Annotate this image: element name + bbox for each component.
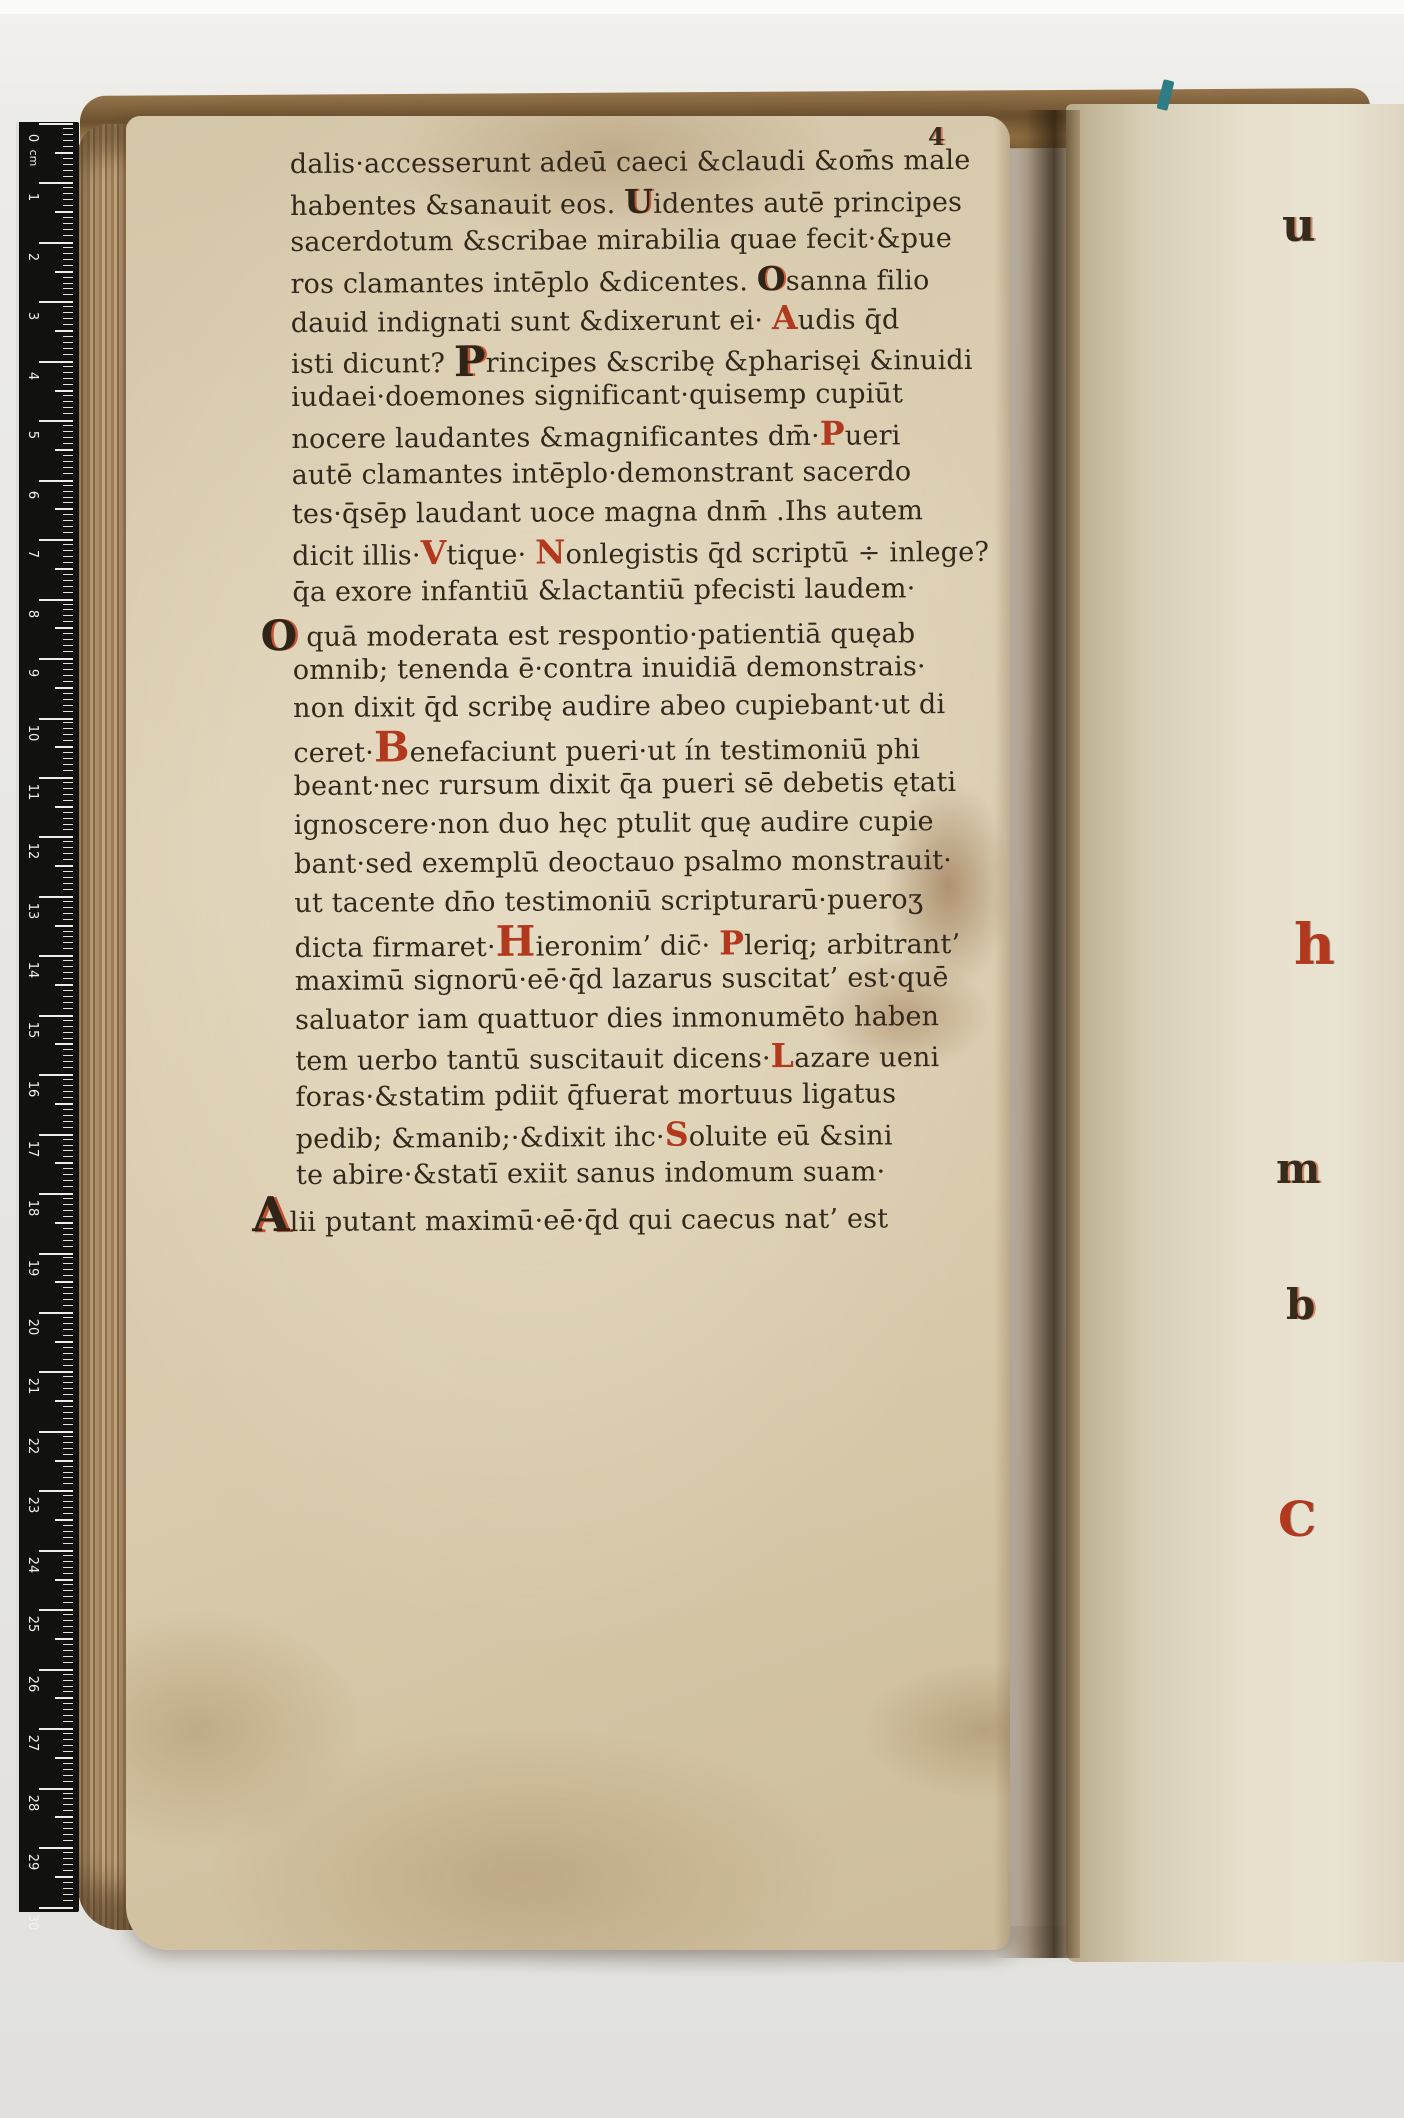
manuscript-line: nocere laudantes &magnificantes dm̄·Puer… <box>291 414 963 457</box>
ruler-tick-half-cm <box>55 627 73 629</box>
ruler-tick-cm <box>39 1312 73 1314</box>
ruler-tick-mm <box>63 1008 73 1009</box>
ruler-tick-mm <box>63 1406 73 1407</box>
ruler-tick-cm <box>39 896 73 898</box>
manuscript-line: autē clamantes intēplo·demonstrant sacer… <box>292 453 964 496</box>
text-segment: leriq; arbitrant’ <box>744 929 960 961</box>
ruler-tick-cm <box>39 480 73 482</box>
ruler-tick-mm <box>63 1894 73 1895</box>
ruler-tick-mm <box>63 491 73 492</box>
ruler-tick-half-cm <box>55 1638 73 1640</box>
facing-page-letter: b <box>1286 1280 1315 1329</box>
ruler-tick-mm <box>63 1448 73 1449</box>
manuscript-line: foras·&statim pdiit q̄fuerat mortuus lig… <box>295 1075 967 1118</box>
ruler-tick-half-cm <box>55 211 73 213</box>
ruler-tick-mm <box>63 913 73 914</box>
ruler-tick-mm <box>63 1424 73 1425</box>
ruler-tick-mm <box>63 1156 73 1157</box>
ruler-tick-mm <box>63 1412 73 1413</box>
ruler-tick-mm <box>63 176 73 177</box>
ruler-tick-mm <box>63 473 73 474</box>
ruler-tick-mm <box>63 663 73 664</box>
ruler-tick-mm <box>63 217 73 218</box>
ruler-tick-mm <box>63 936 73 937</box>
ruler-tick-mm <box>63 758 73 759</box>
ruler-tick-cm <box>39 599 73 601</box>
ruler-tick-cm <box>39 301 73 303</box>
ruler-tick-mm <box>63 1127 73 1128</box>
ruler-tick-mm <box>63 193 73 194</box>
text-segment: tique· <box>446 539 535 571</box>
ruler-tick-cm <box>39 658 73 660</box>
text-segment: sanna filio <box>786 265 930 297</box>
ruler-tick-mm <box>63 514 73 515</box>
ruler-number: 25 <box>24 1615 40 1633</box>
ruler-tick-mm <box>63 170 73 171</box>
ruler-tick-mm <box>63 1216 73 1217</box>
ruler-tick-mm <box>63 800 73 801</box>
ruler-tick-mm <box>63 288 73 289</box>
ruler-tick-mm <box>63 1293 73 1294</box>
ruler-tick-cm <box>39 361 73 363</box>
ruler-tick-mm <box>63 395 73 396</box>
ruler-tick-mm <box>63 1864 73 1865</box>
ruler-tick-mm <box>63 1359 73 1360</box>
ruler-tick-half-cm <box>55 984 73 986</box>
ruler-tick-half-cm <box>55 925 73 927</box>
ruler-tick-mm <box>63 1834 73 1835</box>
ruler-tick-mm <box>63 467 73 468</box>
text-segment: rincipes &scribę &pharisęi &inuidi <box>486 345 973 379</box>
ruler-number: 3 <box>24 307 40 325</box>
ruler-number: 8 <box>24 605 40 623</box>
ruler-tick-mm <box>63 1626 73 1627</box>
ruler-tick-mm <box>63 1335 73 1336</box>
ruler-tick-mm <box>63 1454 73 1455</box>
rubric-initial: H <box>496 916 536 965</box>
ruler-tick-mm <box>63 883 73 884</box>
ruler-number: 29 <box>24 1853 40 1871</box>
manuscript-line: tes·q̄sēp laudant uoce magna dnm̄ .Ihs a… <box>292 492 964 535</box>
ruler-tick-half-cm <box>55 449 73 451</box>
text-segment: tem uerbo tantū suscitauit dicens· <box>295 1044 771 1078</box>
ruler-tick-mm <box>63 829 73 830</box>
ruler-tick-cm <box>39 1193 73 1195</box>
manuscript-line: dalis·accesserunt adeū caeci &claudi &om… <box>290 142 962 185</box>
rubric-initial: V <box>421 533 447 572</box>
ruler-tick-cm <box>39 182 73 184</box>
ruler-tick-mm <box>63 919 73 920</box>
ruler-tick-mm <box>63 1020 73 1021</box>
ruler-tick-half-cm <box>55 1162 73 1164</box>
facing-page-sliver <box>1066 104 1404 1962</box>
ruler-tick-cm <box>39 1371 73 1373</box>
ruler-tick-mm <box>63 431 73 432</box>
ruler-number: 6 <box>24 486 40 504</box>
ruler-tick-mm <box>63 146 73 147</box>
ruler-tick-mm <box>63 1198 73 1199</box>
ruler-tick-mm <box>63 645 73 646</box>
ruler-tick-mm <box>63 609 73 610</box>
ruler-tick-mm <box>63 1650 73 1651</box>
ruler-tick-mm <box>63 265 73 266</box>
photo-background-top <box>0 0 1404 14</box>
ruler-tick-mm <box>63 1804 73 1805</box>
rubric-initial: A <box>772 298 798 337</box>
ruler-tick-mm <box>63 972 73 973</box>
ruler-tick-mm <box>63 847 73 848</box>
ruler-tick-mm <box>63 722 73 723</box>
ruler-tick-mm <box>63 853 73 854</box>
ruler-tick-mm <box>63 401 73 402</box>
ruler-tick-mm <box>63 1590 73 1591</box>
ruler-tick-mm <box>63 931 73 932</box>
ruler-tick-mm <box>63 526 73 527</box>
ruler-tick-mm <box>63 128 73 129</box>
rubric-initial: N <box>535 532 566 571</box>
text-segment: sacerdotum &scribae mirabilia quae fecit… <box>290 223 952 258</box>
ruler-tick-mm <box>63 1567 73 1568</box>
ruler-tick-mm <box>63 1751 73 1752</box>
ruler-tick-mm <box>63 770 73 771</box>
rubric-initial: P <box>719 923 744 962</box>
rubric-initial: B <box>374 723 410 772</box>
ruler-tick-mm <box>63 824 73 825</box>
facing-page-letter: h <box>1294 912 1335 978</box>
rubric-initial: P <box>454 337 486 386</box>
rubric-initial: U <box>624 182 653 221</box>
ruler-tick-mm <box>63 711 73 712</box>
ruler-tick-mm <box>63 1121 73 1122</box>
rubric-initial: O <box>261 611 298 660</box>
ruler-tick-mm <box>63 425 73 426</box>
ruler-number: 28 <box>24 1794 40 1812</box>
ruler-number: 26 <box>24 1675 40 1693</box>
manuscript-line: omnib; tenenda ē·contra inuidiā demonstr… <box>293 648 965 691</box>
manuscript-line: q̄a exore infantiū &lactantiū pfecisti l… <box>292 570 964 613</box>
ruler-number: 14 <box>24 961 40 979</box>
ruler-tick-mm <box>63 1032 73 1033</box>
text-segment: te abire·&statī exiit sanus indomum suam… <box>296 1157 886 1192</box>
ruler-tick-mm <box>63 621 73 622</box>
ruler-number: 2 <box>24 248 40 266</box>
ruler-tick-mm <box>63 1299 73 1300</box>
text-segment: omnib; tenenda ē·contra inuidiā demonstr… <box>293 651 926 686</box>
ruler-number: 18 <box>24 1199 40 1217</box>
ruler-tick-cm <box>39 1788 73 1790</box>
ruler-tick-half-cm <box>55 330 73 332</box>
ruler-tick-mm <box>63 1002 73 1003</box>
rubric-initial: L <box>771 1036 795 1075</box>
ruler-number: 24 <box>24 1556 40 1574</box>
ruler-tick-cm <box>39 1015 73 1017</box>
ruler-tick-mm <box>63 1513 73 1514</box>
ruler-tick-half-cm <box>55 390 73 392</box>
ruler-tick-mm <box>63 1382 73 1383</box>
ruler-tick-half-cm <box>55 1222 73 1224</box>
ruler-tick-mm <box>63 1394 73 1395</box>
ruler-tick-mm <box>63 764 73 765</box>
ruler-tick-mm <box>63 223 73 224</box>
ruler-tick-mm <box>63 841 73 842</box>
ruler-tick-mm <box>63 1079 73 1080</box>
manuscript-line: pedib; &manib;·&dixit ihc·Soluite eū &si… <box>296 1114 968 1157</box>
ruler-tick-mm <box>63 1323 73 1324</box>
ruler-tick-mm <box>63 497 73 498</box>
ruler-tick-mm <box>63 1573 73 1574</box>
ruler-tick-mm <box>63 1781 73 1782</box>
ruler-number: 1 <box>24 188 40 206</box>
ruler-tick-mm <box>63 1472 73 1473</box>
ruler-tick-mm <box>63 1709 73 1710</box>
ruler-tick-cm <box>39 1253 73 1255</box>
manuscript-line: O quā moderata est respontio·patientiā q… <box>261 609 965 652</box>
ruler-tick-mm <box>63 1061 73 1062</box>
pen-mark: 4 <box>928 122 945 151</box>
ruler-tick-mm <box>63 1739 73 1740</box>
text-block: dalis·accesserunt adeū caeci &claudi &om… <box>290 142 969 1235</box>
ruler-tick-half-cm <box>55 508 73 510</box>
ruler-tick-cm <box>39 1431 73 1433</box>
ruler-tick-mm <box>63 675 73 676</box>
ruler-tick-cm <box>39 1847 73 1849</box>
ruler-tick-mm <box>63 1180 73 1181</box>
ruler-tick-mm <box>63 384 73 385</box>
ruler-tick-mm <box>63 651 73 652</box>
ruler-tick-mm <box>63 580 73 581</box>
manuscript-line: habentes &sanauit eos. Uidentes autē pri… <box>290 181 962 224</box>
ruler-tick-mm <box>63 734 73 735</box>
rubric-initial: O <box>757 259 786 298</box>
text-segment: identes autē principes <box>653 187 962 220</box>
ruler-number: 22 <box>24 1437 40 1455</box>
manuscript-line: ignoscere·non duo hęc ptulit quę audire … <box>294 803 966 846</box>
ruler-tick-mm <box>63 164 73 165</box>
ruler-tick-half-cm <box>55 1519 73 1521</box>
ruler-tick-cm <box>39 1490 73 1492</box>
manuscript-line: saluator iam quattuor dies inmonumēto ha… <box>295 998 967 1041</box>
ruler-tick-mm <box>63 1049 73 1050</box>
ruler-tick-mm <box>63 1091 73 1092</box>
ruler-number: 16 <box>24 1080 40 1098</box>
ruler-tick-mm <box>63 1745 73 1746</box>
text-segment: dicit illis· <box>292 540 421 572</box>
text-segment: saluator iam quattuor dies inmonumēto ha… <box>295 1001 939 1036</box>
ruler-tick-mm <box>63 1353 73 1354</box>
ruler-tick-mm <box>63 681 73 682</box>
text-segment: dicta firmaret· <box>294 932 495 964</box>
text-segment: ut tacente dn̄o testimoniū scripturarū·p… <box>294 884 923 919</box>
manuscript-line: dicta firmaret·Hieronim’ dic̄· Pleriq; a… <box>294 920 966 963</box>
ruler-tick-cm <box>39 1134 73 1136</box>
text-segment: tes·q̄sēp laudant uoce magna dnm̄ .Ihs a… <box>292 495 923 530</box>
ruler-tick-half-cm <box>55 865 73 867</box>
ruler-number: 17 <box>24 1140 40 1158</box>
ruler-tick-mm <box>63 728 73 729</box>
ruler-number: 13 <box>24 902 40 920</box>
rubric-initial: S <box>665 1115 689 1154</box>
ruler-tick-mm <box>63 1109 73 1110</box>
ruler-tick-mm <box>63 1674 73 1675</box>
text-segment: nocere laudantes &magnificantes dm̄· <box>291 421 820 455</box>
manuscript-line: te abire·&statī exiit sanus indomum suam… <box>296 1153 968 1196</box>
manuscript-line: tem uerbo tantū suscitauit dicens·Lazare… <box>295 1036 967 1079</box>
text-segment: quā moderata est respontio·patientiā quę… <box>297 618 915 653</box>
ruler-tick-cm <box>39 420 73 422</box>
ruler-tick-mm <box>63 1632 73 1633</box>
ruler-tick-mm <box>63 1275 73 1276</box>
ruler-tick-mm <box>63 294 73 295</box>
text-segment: ueri <box>845 421 901 452</box>
text-segment: dauid indignati sunt &dixerunt ei· <box>291 305 772 339</box>
ruler-tick-mm <box>63 1139 73 1140</box>
ruler-tick-mm <box>63 1257 73 1258</box>
text-segment: ceret· <box>293 738 374 769</box>
ruler-tick-mm <box>63 1852 73 1853</box>
ruler-tick-mm <box>63 1174 73 1175</box>
ruler-tick-mm <box>63 1026 73 1027</box>
ruler-tick-mm <box>63 633 73 634</box>
ruler-tick-cm <box>39 1550 73 1552</box>
ruler-tick-mm <box>63 556 73 557</box>
ruler-tick-cm <box>39 1609 73 1611</box>
ruler-tick-cm <box>39 1074 73 1076</box>
ruler-unit-label: cm <box>24 149 40 167</box>
ruler-tick-mm <box>63 782 73 783</box>
ruler-tick-mm <box>63 1656 73 1657</box>
ruler-tick-mm <box>63 1691 73 1692</box>
ruler-tick-mm <box>63 1721 73 1722</box>
ruler-tick-mm <box>63 1882 73 1883</box>
ruler-tick-mm <box>63 942 73 943</box>
ruler-tick-mm <box>63 1234 73 1235</box>
ruler-tick-mm <box>63 1644 73 1645</box>
ruler-tick-mm <box>63 877 73 878</box>
ruler-tick-mm <box>63 1038 73 1039</box>
ruler-tick-mm <box>63 1085 73 1086</box>
ruler-tick-mm <box>63 354 73 355</box>
ruler-tick-mm <box>63 669 73 670</box>
ruler-tick-mm <box>63 1614 73 1615</box>
manuscript-line: Alii putant maximū·eē·q̄d qui caecus nat… <box>252 1192 968 1235</box>
ruler-tick-mm <box>63 1555 73 1556</box>
ruler-tick-half-cm <box>55 1281 73 1283</box>
ruler-tick-mm <box>63 639 73 640</box>
text-segment: non dixit q̄d scribę audire abeo cupieba… <box>293 690 945 725</box>
ruler-tick-mm <box>63 235 73 236</box>
ruler-number: 10 <box>24 724 40 742</box>
ruler-tick-half-cm <box>55 1341 73 1343</box>
ruler-tick-mm <box>63 1798 73 1799</box>
manuscript-line: dicit illis·Vtique· Nonlegistis q̄d scri… <box>292 531 964 574</box>
ruler-tick-mm <box>63 1067 73 1068</box>
manuscript-line: ut tacente dn̄o testimoniū scripturarū·p… <box>294 881 966 924</box>
ruler-tick-mm <box>63 1240 73 1241</box>
ruler-tick-cm <box>39 123 73 125</box>
ruler-tick-mm <box>63 1584 73 1585</box>
ruler-tick-mm <box>63 413 73 414</box>
ruler-tick-mm <box>63 1495 73 1496</box>
text-segment: habentes &sanauit eos. <box>290 189 624 222</box>
text-segment: enefaciunt pueri·ut ín testimoniū phi <box>410 735 921 769</box>
text-segment: q̄a exore infantiū &lactantiū pfecisti l… <box>292 573 915 608</box>
ruler-tick-mm <box>63 1263 73 1264</box>
ruler-tick-mm <box>63 134 73 135</box>
ruler-tick-mm <box>63 615 73 616</box>
ruler-tick-half-cm <box>55 1757 73 1759</box>
ruler-tick-mm <box>63 1365 73 1366</box>
ruler-tick-cm <box>39 1669 73 1671</box>
ruler-tick-mm <box>63 502 73 503</box>
ruler-tick-mm <box>63 1596 73 1597</box>
ruler-tick-mm <box>63 586 73 587</box>
ruler-tick-mm <box>63 1715 73 1716</box>
ruler-tick-mm <box>63 306 73 307</box>
ruler-tick-mm <box>63 1525 73 1526</box>
ruler-tick-mm <box>63 1347 73 1348</box>
ruler-tick-mm <box>63 693 73 694</box>
ruler-tick-mm <box>63 461 73 462</box>
facing-page-letter: u <box>1282 198 1315 252</box>
ruler-tick-mm <box>63 1477 73 1478</box>
ruler-tick-mm <box>63 562 73 563</box>
ruler-tick-mm <box>63 1436 73 1437</box>
ruler-tick-mm <box>63 1810 73 1811</box>
ruler-tick-mm <box>63 1329 73 1330</box>
ruler-tick-mm <box>63 1305 73 1306</box>
ruler-tick-mm <box>63 1531 73 1532</box>
ruler-tick-mm <box>63 366 73 367</box>
ruler-tick-mm <box>63 378 73 379</box>
ruler-tick-half-cm <box>55 806 73 808</box>
ruler-tick-half-cm <box>55 1697 73 1699</box>
manuscript-line: sacerdotum &scribae mirabilia quae fecit… <box>290 220 962 263</box>
ruler-tick-mm <box>63 485 73 486</box>
ruler-tick-mm <box>63 520 73 521</box>
ruler-tick-cm <box>39 777 73 779</box>
ruler-tick-half-cm <box>55 1816 73 1818</box>
text-segment: ignoscere·non duo hęc ptulit quę audire … <box>294 806 934 841</box>
ruler-tick-mm <box>63 1388 73 1389</box>
ruler-number: 12 <box>24 842 40 860</box>
text-segment: pedib; &manib;·&dixit ihc· <box>296 1122 665 1155</box>
text-segment: maximū signorū·eē·q̄d lazarus suscitat’ … <box>295 962 949 997</box>
ruler-tick-mm <box>63 1204 73 1205</box>
ruler-tick-mm <box>63 592 73 593</box>
ruler-tick-mm <box>63 1840 73 1841</box>
ruler-tick-half-cm <box>55 687 73 689</box>
ruler-number: 21 <box>24 1377 40 1395</box>
ruler-tick-half-cm <box>55 152 73 154</box>
ruler-tick-mm <box>63 544 73 545</box>
ruler-tick-mm <box>63 752 73 753</box>
ruler-tick-mm <box>63 443 73 444</box>
ruler-tick-cm <box>39 955 73 957</box>
ruler-tick-mm <box>63 1662 73 1663</box>
ruler-tick-mm <box>63 859 73 860</box>
ruler-number: 11 <box>24 783 40 801</box>
text-segment: oluite eū &sini <box>689 1121 893 1153</box>
ruler-tick-mm <box>63 253 73 254</box>
manuscript-line: iudaei·doemones significant·quisemp cupi… <box>291 375 963 418</box>
ruler-tick-mm <box>63 794 73 795</box>
ruler-tick-mm <box>63 1418 73 1419</box>
ruler-tick-mm <box>63 277 73 278</box>
facing-page-letter: m <box>1276 1144 1320 1193</box>
ruler-tick-mm <box>63 1858 73 1859</box>
photograph-of-manuscript: dalis·accesserunt adeū caeci &claudi &om… <box>0 0 1404 2118</box>
ruler-tick-mm <box>63 966 73 967</box>
